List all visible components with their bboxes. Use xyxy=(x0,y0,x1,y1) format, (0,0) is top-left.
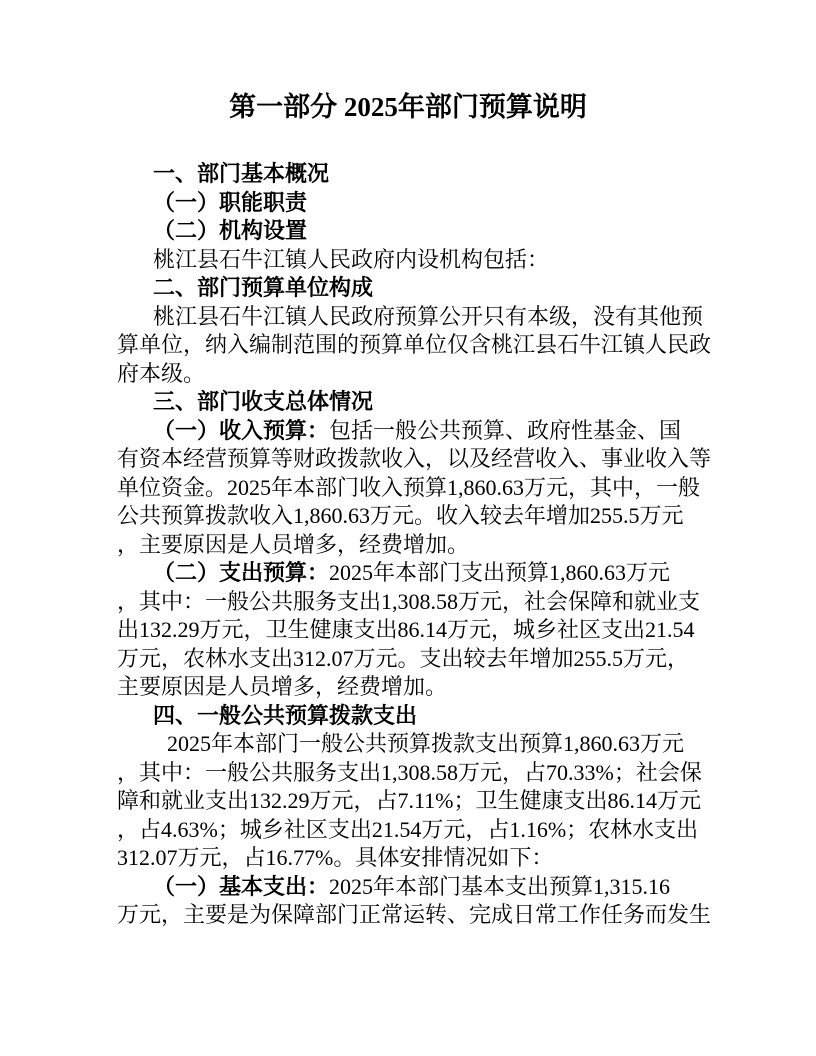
text-line: 桃江县石牛江镇人民政府预算公开只有本级，没有其他预 xyxy=(117,303,709,332)
text-line: （一）职能职责 xyxy=(117,189,709,218)
text-line: 算单位，纳入编制范围的预算单位仅含桃江县石牛江镇人民政 xyxy=(117,331,709,360)
text-line: （二）机构设置 xyxy=(117,217,709,246)
text-segment: 2025年本部门支出预算1,860.63万元 xyxy=(329,560,670,585)
text-segment: 2025年本部门基本支出预算1,315.16 xyxy=(329,874,670,899)
text-line: 出132.29万元，卫生健康支出86.14万元，城乡社区支出21.54 xyxy=(117,616,709,645)
text-line: 公共预算拨款收入1,860.63万元。收入较去年增加255.5万元 xyxy=(117,502,709,531)
bold-text-segment: （一）收入预算： xyxy=(153,418,329,443)
text-segment: 出132.29万元，卫生健康支出86.14万元，城乡社区支出21.54 xyxy=(117,617,695,642)
text-line: 有资本经营预算等财政拨款收入，以及经营收入、事业收入等 xyxy=(117,445,709,474)
text-line: 单位资金。2025年本部门收入预算1,860.63万元，其中，一般 xyxy=(117,474,709,503)
text-segment: 桃江县石牛江镇人民政府预算公开只有本级，没有其他预 xyxy=(153,304,703,329)
bold-text-segment: 三、部门收支总体情况 xyxy=(153,389,373,414)
bold-text-segment: 一、部门基本概况 xyxy=(153,161,329,186)
text-line: 府本级。 xyxy=(117,360,709,389)
text-segment: 2025年本部门一般公共预算拨款支出预算1,860.63万元 xyxy=(167,731,684,756)
text-segment: 府本级。 xyxy=(117,361,205,386)
text-line: 四、一般公共预算拨款支出 xyxy=(117,702,709,731)
text-line: 三、部门收支总体情况 xyxy=(117,388,709,417)
bold-text-segment: 二、部门预算单位构成 xyxy=(153,275,373,300)
text-line: 万元，主要是为保障部门正常运转、完成日常工作任务而发生 xyxy=(117,901,709,930)
text-line: 312.07万元，占16.77%。具体安排情况如下： xyxy=(117,844,709,873)
text-segment: 算单位，纳入编制范围的预算单位仅含桃江县石牛江镇人民政 xyxy=(117,332,711,357)
document-title: 第一部分 2025年部门预算说明 xyxy=(0,86,816,128)
text-segment: 312.07万元，占16.77%。具体安排情况如下： xyxy=(117,845,553,870)
text-line: 桃江县石牛江镇人民政府内设机构包括： xyxy=(117,246,709,275)
text-line: 二、部门预算单位构成 xyxy=(117,274,709,303)
text-line: （一）基本支出：2025年本部门基本支出预算1,315.16 xyxy=(117,873,709,902)
text-line: ，其中：一般公共服务支出1,308.58万元，占70.33%；社会保 xyxy=(117,759,709,788)
text-segment: 公共预算拨款收入1,860.63万元。收入较去年增加255.5万元 xyxy=(117,503,684,528)
text-segment: 包括一般公共预算、政府性基金、国 xyxy=(329,418,681,443)
text-segment: ，主要原因是人员增多，经费增加。 xyxy=(117,532,469,557)
text-segment: 有资本经营预算等财政拨款收入，以及经营收入、事业收入等 xyxy=(117,446,711,471)
text-segment: 桃江县石牛江镇人民政府内设机构包括： xyxy=(153,247,549,272)
text-segment: 主要原因是人员增多，经费增加。 xyxy=(117,674,447,699)
text-line: 障和就业支出132.29万元，占7.11%；卫生健康支出86.14万元 xyxy=(117,787,709,816)
document-body: 一、部门基本概况（一）职能职责（二）机构设置桃江县石牛江镇人民政府内设机构包括：… xyxy=(117,160,709,930)
text-line: （二）支出预算：2025年本部门支出预算1,860.63万元 xyxy=(117,559,709,588)
text-line: 一、部门基本概况 xyxy=(117,160,709,189)
bold-text-segment: 四、一般公共预算拨款支出 xyxy=(153,703,417,728)
text-line: 主要原因是人员增多，经费增加。 xyxy=(117,673,709,702)
text-segment: 障和就业支出132.29万元，占7.11%；卫生健康支出86.14万元 xyxy=(117,788,701,813)
text-segment: ，占4.63%；城乡社区支出21.54万元，占1.16%；农林水支出 xyxy=(117,817,698,842)
text-line: 万元，农林水支出312.07万元。支出较去年增加255.5万元， xyxy=(117,645,709,674)
text-segment: 万元，主要是为保障部门正常运转、完成日常工作任务而发生 xyxy=(117,902,711,927)
text-line: 2025年本部门一般公共预算拨款支出预算1,860.63万元 xyxy=(117,730,709,759)
text-line: ，主要原因是人员增多，经费增加。 xyxy=(117,531,709,560)
bold-text-segment: （一）基本支出： xyxy=(153,874,329,899)
document-page: 第一部分 2025年部门预算说明 一、部门基本概况（一）职能职责（二）机构设置桃… xyxy=(0,0,816,1056)
text-line: ，占4.63%；城乡社区支出21.54万元，占1.16%；农林水支出 xyxy=(117,816,709,845)
text-segment: 单位资金。2025年本部门收入预算1,860.63万元，其中，一般 xyxy=(117,475,700,500)
text-segment: ，其中：一般公共服务支出1,308.58万元，占70.33%；社会保 xyxy=(117,760,702,785)
text-segment: 万元，农林水支出312.07万元。支出较去年增加255.5万元， xyxy=(117,646,689,671)
bold-text-segment: （二）支出预算： xyxy=(153,560,329,585)
bold-text-segment: （一）职能职责 xyxy=(153,190,307,215)
text-line: ，其中：一般公共服务支出1,308.58万元，社会保障和就业支 xyxy=(117,588,709,617)
text-line: （一）收入预算：包括一般公共预算、政府性基金、国 xyxy=(117,417,709,446)
text-segment: ，其中：一般公共服务支出1,308.58万元，社会保障和就业支 xyxy=(117,589,700,614)
bold-text-segment: （二）机构设置 xyxy=(153,218,307,243)
